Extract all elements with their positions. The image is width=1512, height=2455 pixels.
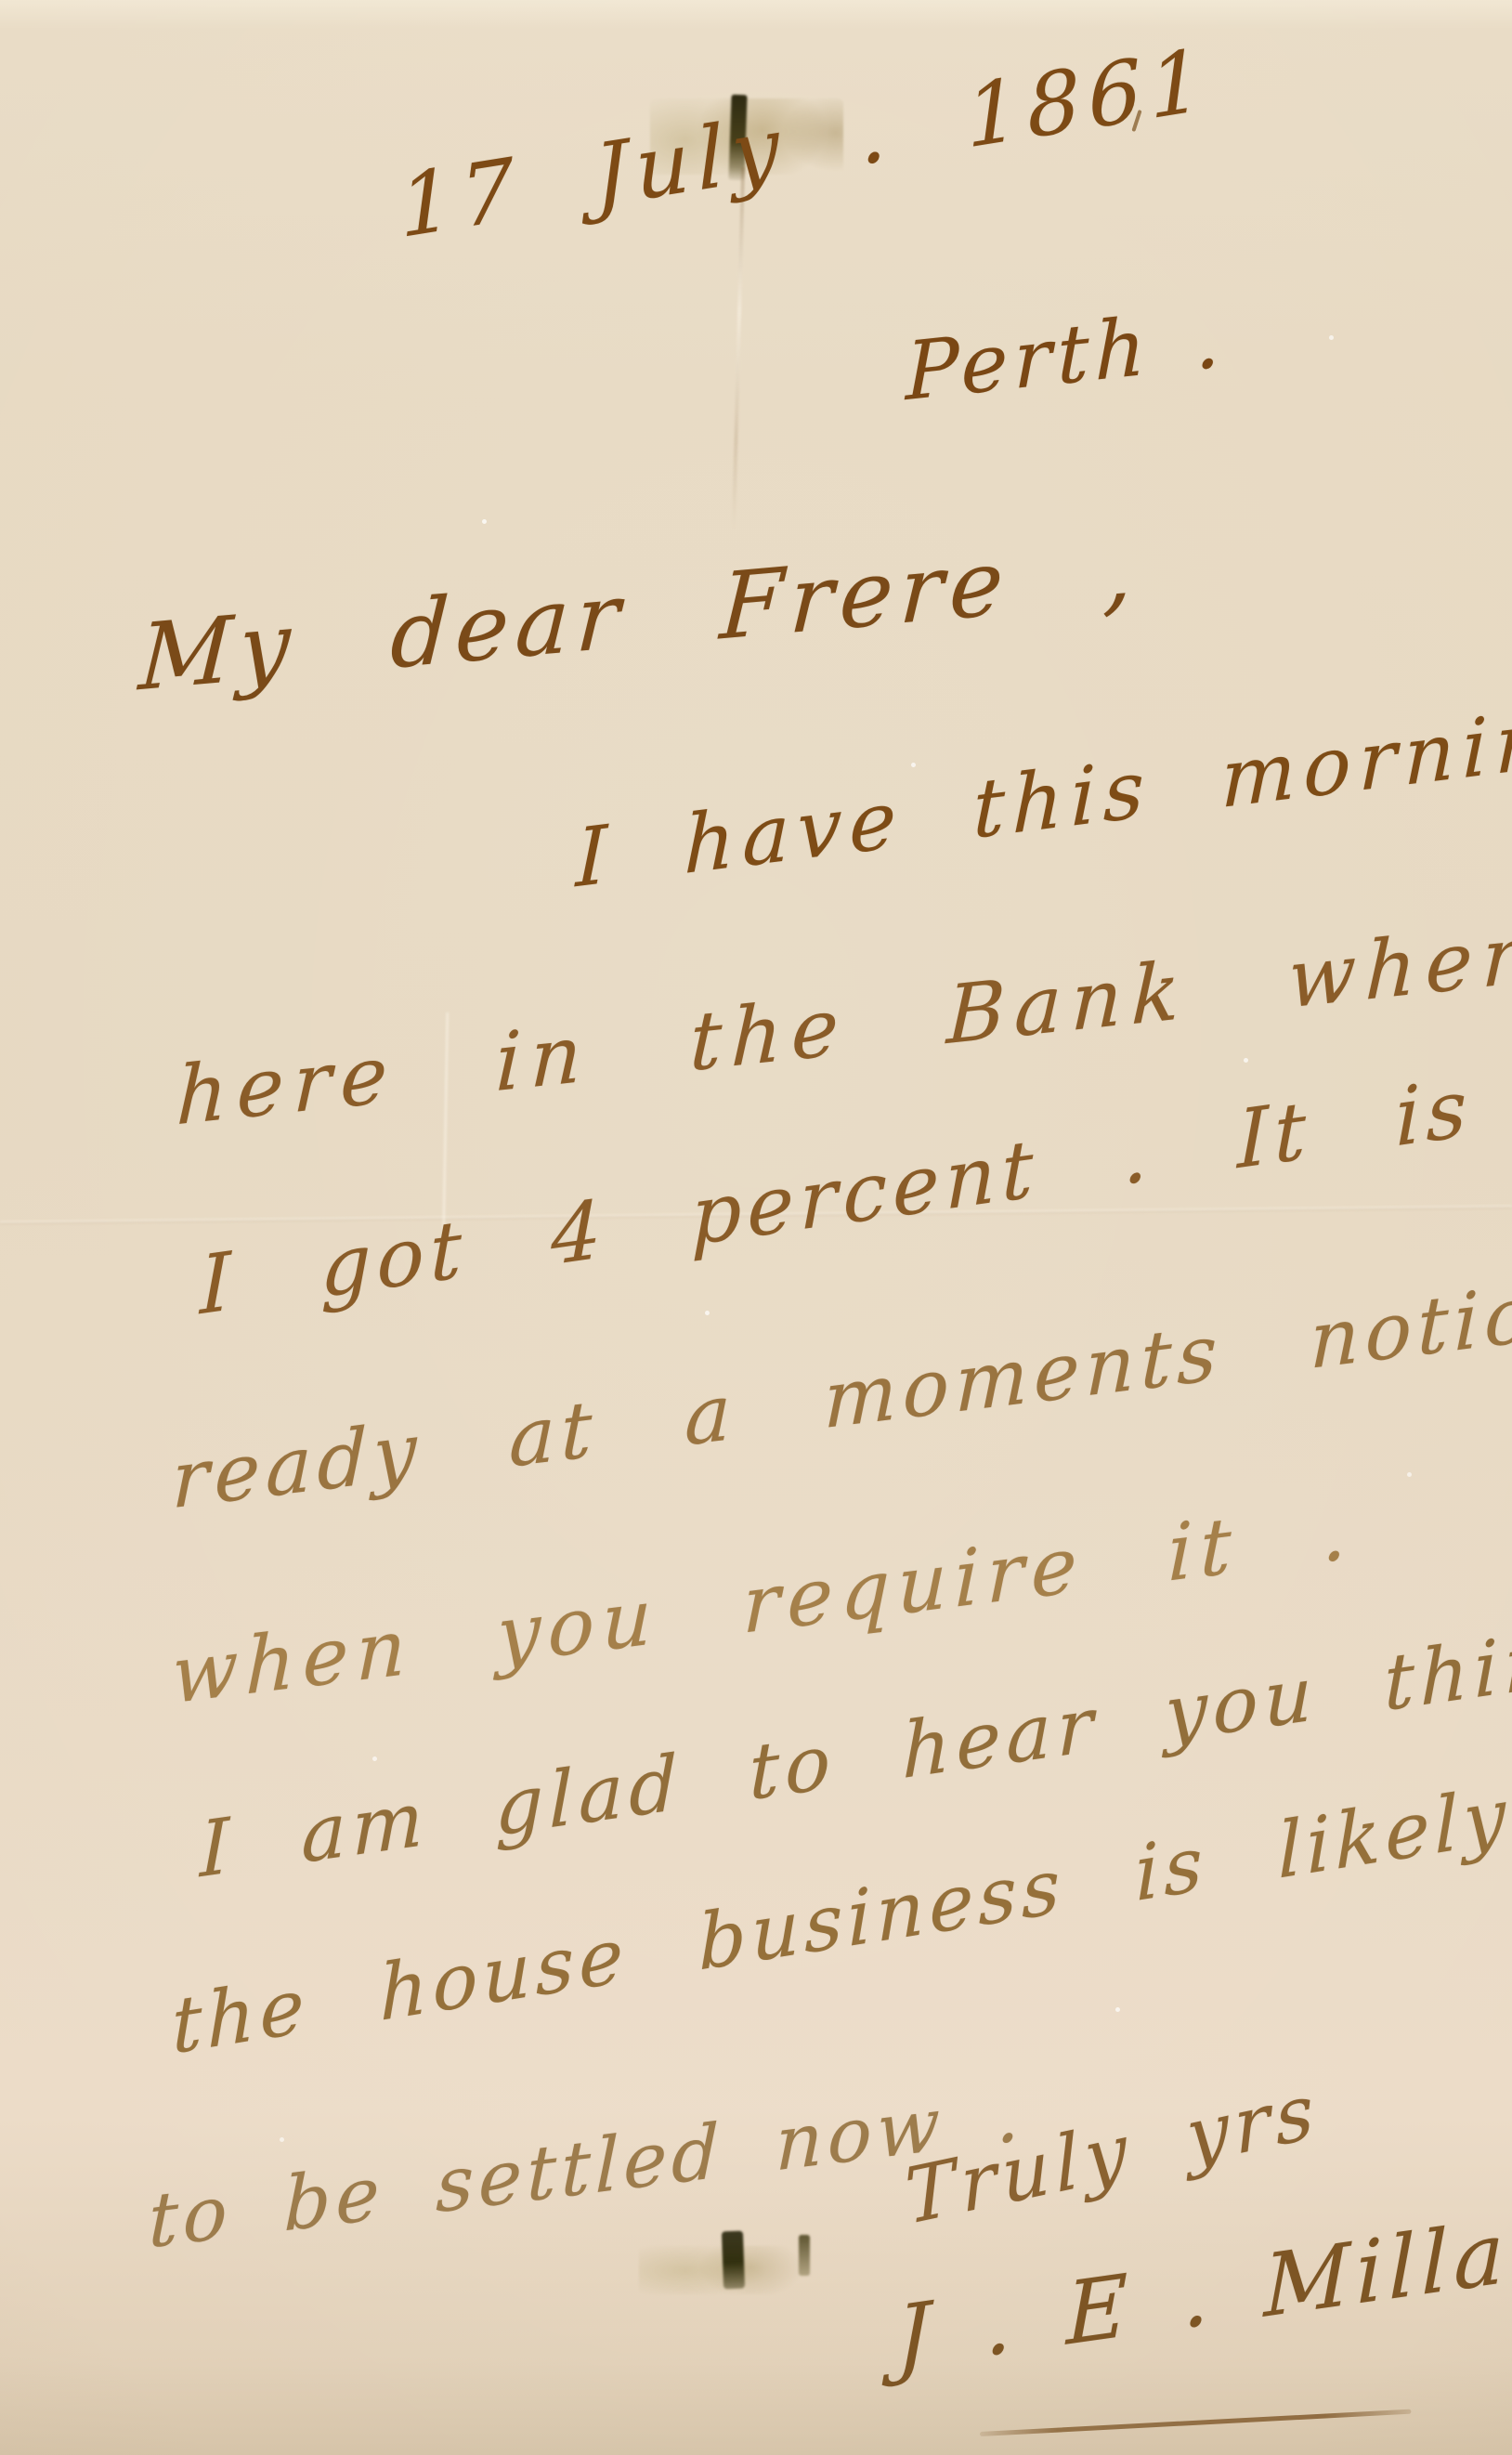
letter-photo: 17 July . 1861 Perth . My dear Frere , I… <box>0 0 1512 2455</box>
tape-slit-bottom <box>722 2231 745 2290</box>
tape-residue-bottom <box>639 2246 825 2294</box>
tape-spot-bottom <box>799 2235 810 2276</box>
paper-specks <box>0 0 3 3</box>
